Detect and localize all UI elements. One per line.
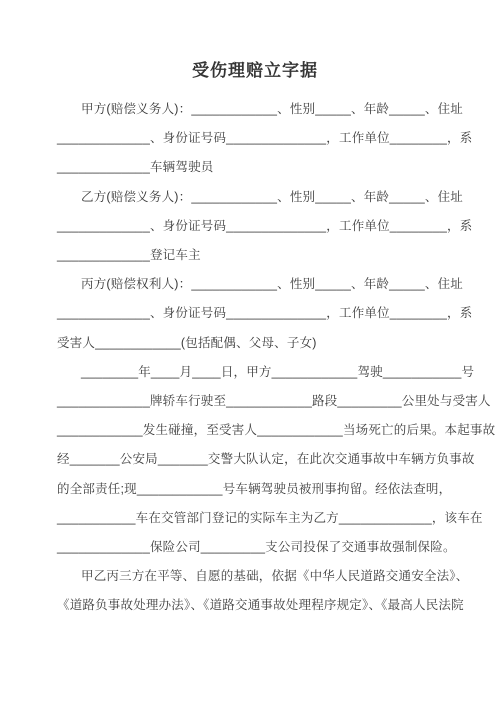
document-body-container: 受伤理赔立字据 甲方(赔偿义务人)：____________、性别_____、年… [0, 0, 500, 621]
doc-line-party-a-driver: _____________车辆驾驶员 [57, 153, 453, 182]
doc-line-party-b-owner: _____________登记车主 [57, 241, 453, 270]
document-title: 受伤理赔立字据 [57, 58, 453, 84]
doc-line-party-b-id: _____________、身份证号码______________，工作单位__… [57, 212, 453, 241]
doc-line-vehicle-owner: ___________车在交管部门登记的实际车主为乙方_____________… [57, 504, 453, 533]
doc-line-accident-verdict: 经_______公安局_______交警大队认定，在此次交通事故中车辆方负事故 [57, 445, 453, 474]
doc-line-agreement-basis: 甲乙丙三方在平等、自愿的基础，依据《中华人民道路交通安全法》、 [57, 562, 453, 591]
doc-line-party-c: 丙方(赔偿权利人)：____________、性别_____、年龄_____、住… [57, 270, 453, 299]
doc-line-agreement-laws: 《道路负事故处理办法》、《道路交通事故处理程序规定》、《最高人民法院 [57, 591, 453, 620]
document-page: 受伤理赔立字据 甲方(赔偿义务人)：____________、性别_____、年… [0, 0, 500, 707]
doc-line-party-a: 甲方(赔偿义务人)：____________、性别_____、年龄_____、住… [57, 95, 453, 124]
doc-line-accident-date: ________年____月____日，甲方____________驾驶____… [57, 358, 453, 387]
doc-line-insurance: _____________保险公司_________支公司投保了交通事故强制保险… [57, 533, 453, 562]
doc-line-party-c-victim: 受害人____________(包括配偶、父母、子女) [57, 329, 453, 358]
doc-line-party-a-id: _____________、身份证号码______________，工作单位__… [57, 124, 453, 153]
doc-line-accident-location: _____________牌轿车行驶至____________路段_______… [57, 387, 453, 416]
doc-line-party-b: 乙方(赔偿义务人)：____________、性别_____、年龄_____、住… [57, 183, 453, 212]
document-text-block: 甲方(赔偿义务人)：____________、性别_____、年龄_____、住… [57, 95, 453, 621]
doc-line-accident-responsibility: 的全部责任;现____________号车辆驾驶员被刑事拘留。经依法查明， [57, 475, 453, 504]
doc-line-party-c-id: _____________、身份证号码______________，工作单位__… [57, 299, 453, 328]
doc-line-accident-collision: ____________发生碰撞，至受害人____________当场死亡的后果… [57, 416, 453, 445]
